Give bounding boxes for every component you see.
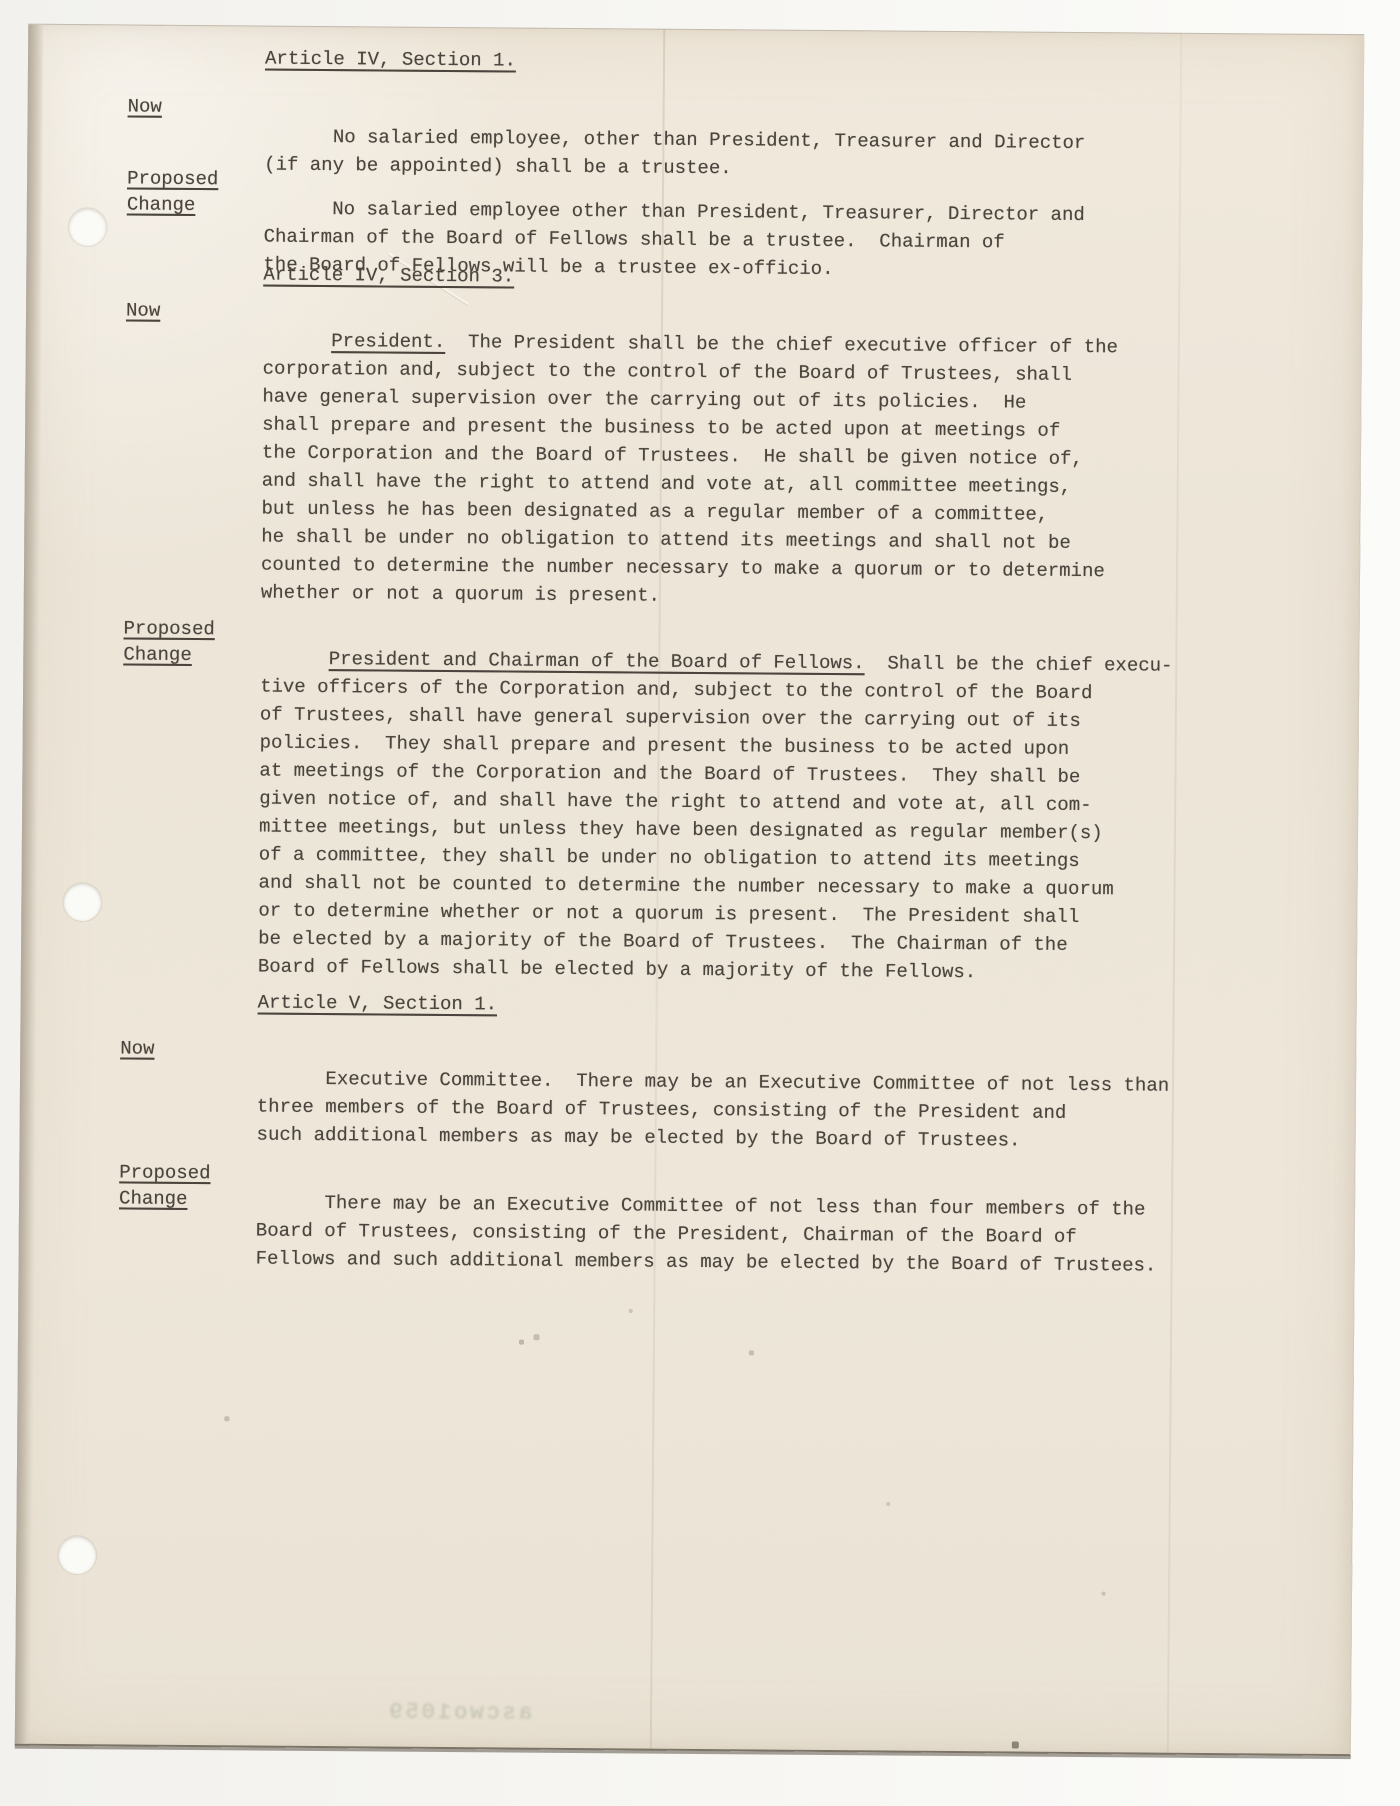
now-text: President. The President shall be the ch… xyxy=(261,299,1119,642)
punch-hole-bottom xyxy=(58,1536,96,1574)
proposed-change-label: Proposed Change xyxy=(119,1159,211,1212)
proposed-change-label: Proposed Change xyxy=(123,615,215,668)
section-heading-article-4-1: Article IV, Section 1. xyxy=(265,45,516,75)
underlined-term: President and Chairman of the Board of F… xyxy=(329,648,865,674)
underlined-term: President. xyxy=(331,330,445,353)
proposed-change-text: There may be an Executive Committee of n… xyxy=(255,1161,1157,1308)
now-label: Now xyxy=(126,297,160,323)
document-scan: Article IV, Section 1. Now No salaried e… xyxy=(0,0,1400,1806)
proposed-change-text: No salaried employee other than Presiden… xyxy=(263,167,1085,313)
page-left-edge-shadow xyxy=(15,25,45,1744)
typewritten-page: Article IV, Section 1. Now No salaried e… xyxy=(15,24,1364,1756)
section-heading-article-4-3: Article IV, Section 3. xyxy=(263,261,514,291)
proposed-change-label: Proposed Change xyxy=(127,165,219,218)
punch-hole-top xyxy=(69,208,107,246)
bleedthrough-stamp-text: ascwo1059 xyxy=(272,1699,532,1726)
now-label: Now xyxy=(120,1035,154,1061)
now-label: Now xyxy=(128,93,162,119)
section-heading-article-5-1: Article V, Section 1. xyxy=(258,989,498,1019)
proposed-change-text: President and Chairman of the Board of F… xyxy=(258,617,1173,1016)
paper-specks xyxy=(28,25,29,26)
punch-hole-middle xyxy=(63,883,101,921)
